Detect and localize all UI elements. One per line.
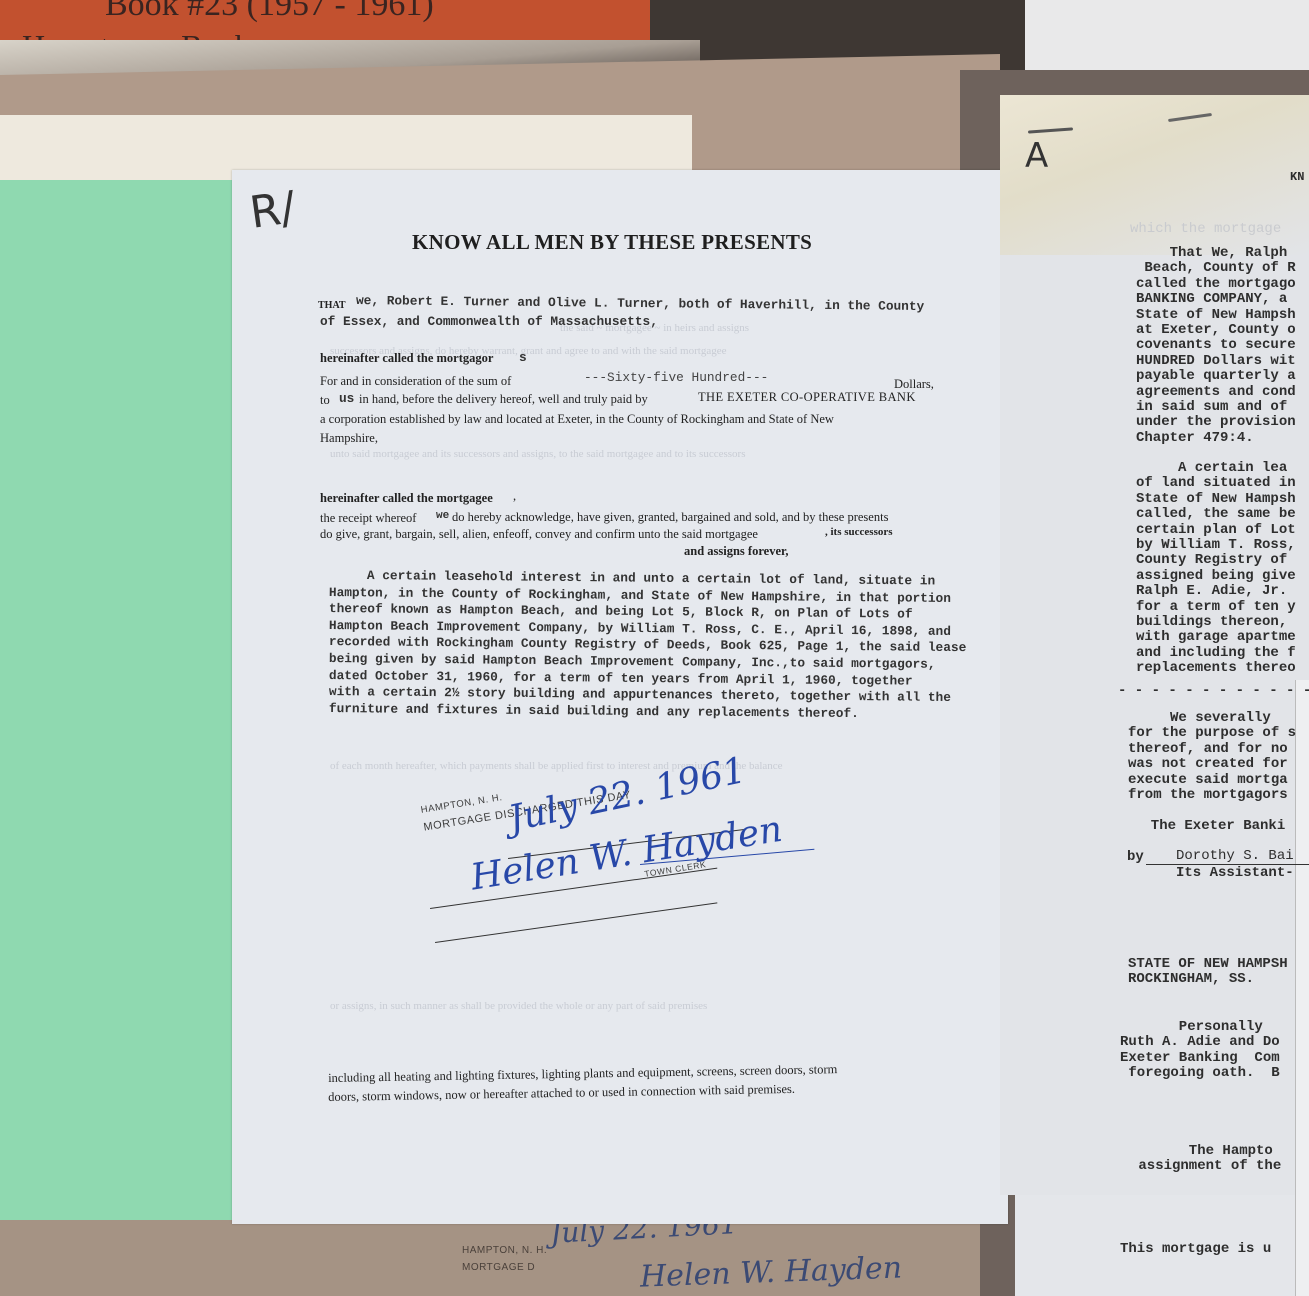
right-doc-line: That We, Ralph xyxy=(1136,246,1296,261)
right-state-block: STATE OF NEW HAMPSHROCKINGHAM, SS. xyxy=(1128,957,1288,988)
corner-handwritten-mark: R/ xyxy=(247,182,299,239)
right-doc-line: agreements and cond xyxy=(1136,385,1296,400)
right-signer: Dorothy S. Bai xyxy=(1176,849,1294,864)
right-separator: - - - - - - - - - - - - - xyxy=(1118,684,1309,699)
mortgagor-label: hereinafter called the mortgagor xyxy=(320,351,493,366)
right-doc-line: under the provision xyxy=(1136,415,1296,430)
parties-line-2: of Essex, and Commonwealth of Massachuse… xyxy=(320,314,658,329)
right-doc-line: buildings thereon, xyxy=(1136,615,1296,630)
right-edge-paper xyxy=(1295,680,1309,1296)
right-doc-line: assigned being give xyxy=(1136,569,1296,584)
right-doc-line: of land situated in xyxy=(1136,476,1296,491)
right-doc-line: from the mortgagors xyxy=(1128,788,1296,803)
grant-line-3: and assigns forever, xyxy=(684,544,789,559)
right-doc-line: HUNDRED Dollars wit xyxy=(1136,354,1296,369)
right-doc-header: KN xyxy=(1290,170,1304,185)
corporation-line: a corporation established by law and loc… xyxy=(320,412,834,427)
right-doc-line: execute said mortga xyxy=(1128,773,1296,788)
right-block-3: We severallyfor the purpose of sthereof,… xyxy=(1128,711,1296,803)
right-doc-line: was not created for xyxy=(1128,757,1296,772)
right-doc-line: with garage apartme xyxy=(1136,630,1296,645)
mortgagee-suffix: , xyxy=(513,489,516,504)
right-doc-line: Beach, County of R xyxy=(1136,261,1296,276)
right-doc-line: called the mortgago xyxy=(1136,277,1296,292)
right-doc-line: foregoing oath. B xyxy=(1120,1066,1280,1081)
right-doc-line: at Exeter, County o xyxy=(1136,323,1296,338)
to-value: us xyxy=(339,391,354,406)
right-final-line: This mortgage is u xyxy=(1120,1242,1271,1257)
grant-line-1-we: we xyxy=(436,510,449,522)
right-doc-line: A certain lea xyxy=(1136,461,1296,476)
right-doc-line: STATE OF NEW HAMPSH xyxy=(1128,957,1288,972)
right-personally-block: PersonallyRuth A. Adie and DoExeter Bank… xyxy=(1120,1020,1280,1082)
right-doc-line: Personally xyxy=(1120,1020,1280,1035)
right-doc-line: County Registry of xyxy=(1136,553,1296,568)
right-doc-line: replacements thereo xyxy=(1136,661,1296,676)
right-doc-line: The Hampto xyxy=(1130,1144,1281,1159)
right-doc-line: called, the same be xyxy=(1136,507,1296,522)
right-doc-line: by William T. Ross, xyxy=(1136,538,1296,553)
right-doc-line: assignment of the xyxy=(1130,1159,1281,1174)
right-handwritten-mark: A xyxy=(1025,136,1048,176)
right-doc-line: Ruth A. Adie and Do xyxy=(1120,1035,1280,1050)
right-doc-line: in said sum and of xyxy=(1136,400,1296,415)
corporation-line-2: Hampshire, xyxy=(320,431,378,446)
right-bank-name: The Exeter Banki xyxy=(1134,819,1285,834)
bleed-through-text: unto said mortgagee and its successors a… xyxy=(330,448,745,460)
mortgagee-label: hereinafter called the mortgagee xyxy=(320,491,493,506)
right-ghost-line: which the mortgage xyxy=(1130,222,1281,237)
bleed-through-text: or assigns, in such manner as shall be p… xyxy=(330,1000,707,1012)
right-doc-line: Chapter 479:4. xyxy=(1136,431,1296,446)
right-doc-line: and including the f xyxy=(1136,646,1296,661)
right-doc-line: Exeter Banking Com xyxy=(1120,1051,1280,1066)
right-by-label: by xyxy=(1127,850,1144,865)
grant-line-2-suffix: , its successors xyxy=(825,526,893,538)
bank-name: THE EXETER CO-OPERATIVE BANK xyxy=(698,390,916,405)
document-title: KNOW ALL MEN BY THESE PRESENTS xyxy=(412,230,812,255)
grant-line-1a: the receipt whereof xyxy=(320,511,416,526)
lower-stamp-place: HAMPTON, N. H. xyxy=(462,1245,547,1256)
to-label: to xyxy=(320,393,330,408)
grant-line-1b: do hereby acknowledge, have given, grant… xyxy=(452,510,888,525)
book-cover-title: Book #23 (1957 - 1961) xyxy=(105,0,434,24)
right-doc-line: for the purpose of s xyxy=(1128,726,1296,741)
right-doc-line: covenants to secure xyxy=(1136,338,1296,353)
right-doc-line: We severally xyxy=(1128,711,1296,726)
right-doc-line: State of New Hampsh xyxy=(1136,308,1296,323)
green-sheet xyxy=(0,180,250,1220)
right-block-1: That We, Ralph Beach, County of Rcalled … xyxy=(1136,246,1296,446)
right-doc-line: for a term of ten y xyxy=(1136,600,1296,615)
background-paper xyxy=(1025,0,1309,80)
right-doc-line: Ralph E. Adie, Jr. xyxy=(1136,584,1296,599)
right-doc-line: BANKING COMPANY, a xyxy=(1136,292,1296,307)
right-signer-title: Its Assistant- xyxy=(1176,866,1294,881)
consideration-prefix: For and in consideration of the sum of xyxy=(320,374,511,389)
grant-line-2: do give, grant, bargain, sell, alien, en… xyxy=(320,527,758,542)
right-doc-line: thereof, and for no xyxy=(1128,742,1296,757)
right-doc-line: ROCKINGHAM, SS. xyxy=(1128,972,1288,987)
right-hampton-block: The Hampto assignment of the xyxy=(1130,1144,1281,1175)
right-doc-line: State of New Hampsh xyxy=(1136,492,1296,507)
mortgagor-suffix: s xyxy=(519,350,527,365)
that-label: THAT xyxy=(318,300,346,311)
right-block-2: A certain leaof land situated inState of… xyxy=(1136,461,1296,677)
right-doc-line: certain plan of Lot xyxy=(1136,523,1296,538)
lower-discharge-stamp: HAMPTON, N. H. MORTGAGE D xyxy=(462,1245,547,1279)
paid-by-text: in hand, before the delivery hereof, wel… xyxy=(359,392,648,407)
consideration-amount: ---Sixty-five Hundred--- xyxy=(584,370,768,385)
lower-stamp-label: MORTGAGE D xyxy=(462,1262,547,1273)
right-doc-line: payable quarterly a xyxy=(1136,369,1296,384)
